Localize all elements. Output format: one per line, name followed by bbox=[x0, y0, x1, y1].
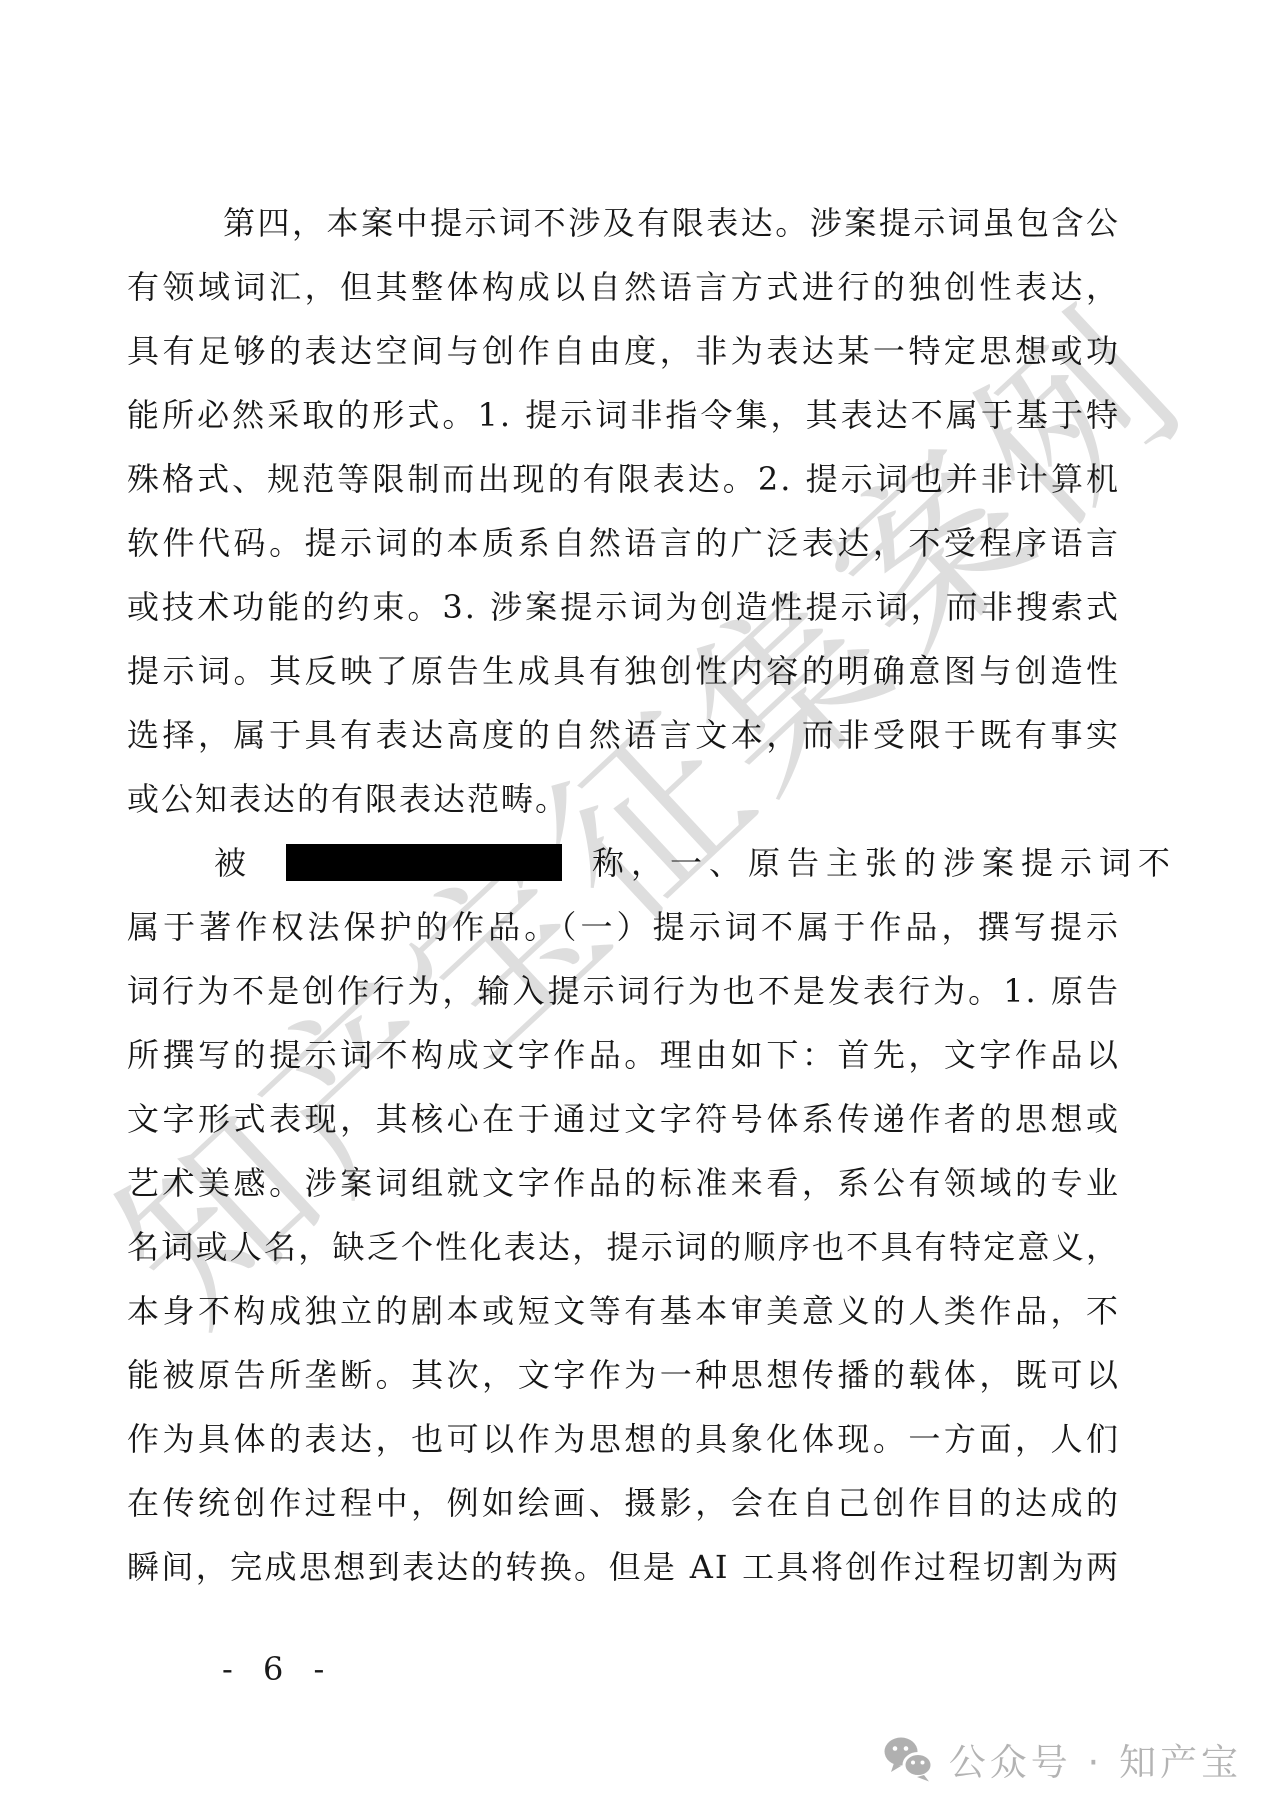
text-line: 在传统创作过程中，例如绘画、摄影，会在自己创作目的达成的 bbox=[127, 1471, 1120, 1535]
document-text: 第四，本案中提示词不涉及有限表达。涉案提示词虽包含公有领域词汇，但其整体构成以自… bbox=[127, 191, 1120, 1599]
text-line: 有领域词汇，但其整体构成以自然语言方式进行的独创性表达， bbox=[127, 255, 1120, 319]
footer-brand: 公众号 · 知产宝 bbox=[949, 1732, 1242, 1786]
text-line: 本身不构成独立的剧本或短文等有基本审美意义的人类作品，不 bbox=[127, 1279, 1120, 1343]
text-line: 软件代码。提示词的本质系自然语言的广泛表达，不受程序语言 bbox=[127, 511, 1120, 575]
text-line: 瞬间，完成思想到表达的转换。但是 AI 工具将创作过程切割为两 bbox=[127, 1535, 1120, 1599]
text-line: 作为具体的表达，也可以作为思想的具象化体现。一方面，人们 bbox=[127, 1407, 1120, 1471]
text-line: 被称，一、原告主张的涉案提示词不 bbox=[127, 831, 1120, 895]
text-line: 或技术功能的约束。3. 涉案提示词为创造性提示词，而非搜索式 bbox=[127, 575, 1120, 639]
text-line: 提示词。其反映了原告生成具有独创性内容的明确意图与创造性 bbox=[127, 639, 1120, 703]
footer: 公众号 · 知产宝 bbox=[883, 1732, 1242, 1786]
redaction-suffix: 称，一、原告主张的涉案提示词不 bbox=[592, 844, 1177, 882]
text-line: 能所必然采取的形式。1. 提示词非指令集，其表达不属于基于特 bbox=[127, 383, 1120, 447]
text-line: 殊格式、规范等限制而出现的有限表达。2. 提示词也并非计算机 bbox=[127, 447, 1120, 511]
text-line: 第四，本案中提示词不涉及有限表达。涉案提示词虽包含公 bbox=[127, 191, 1120, 255]
text-line: 艺术美感。涉案词组就文字作品的标准来看，系公有领域的专业 bbox=[127, 1151, 1120, 1215]
redaction-prefix: 被 bbox=[214, 844, 248, 882]
text-line: 所撰写的提示词不构成文字作品。理由如下：首先，文字作品以 bbox=[127, 1023, 1120, 1087]
text-line: 或公知表达的有限表达范畴。 bbox=[127, 767, 1120, 831]
text-line: 能被原告所垄断。其次，文字作为一种思想传播的载体，既可以 bbox=[127, 1343, 1120, 1407]
wechat-icon bbox=[883, 1736, 935, 1782]
text-line: 选择，属于具有表达高度的自然语言文本，而非受限于既有事实 bbox=[127, 703, 1120, 767]
text-line: 文字形式表现，其核心在于通过文字符号体系传递作者的思想或 bbox=[127, 1087, 1120, 1151]
page-number: - 6 - bbox=[222, 1644, 334, 1694]
text-line: 名词或人名，缺乏个性化表达，提示词的顺序也不具有特定意义， bbox=[127, 1215, 1120, 1279]
text-line: 属于著作权法保护的作品。（一）提示词不属于作品，撰写提示 bbox=[127, 895, 1120, 959]
redaction-bar bbox=[286, 844, 562, 881]
text-line: 具有足够的表达空间与创作自由度，非为表达某一特定思想或功 bbox=[127, 319, 1120, 383]
text-line: 词行为不是创作行为，输入提示词行为也不是发表行为。1. 原告 bbox=[127, 959, 1120, 1023]
